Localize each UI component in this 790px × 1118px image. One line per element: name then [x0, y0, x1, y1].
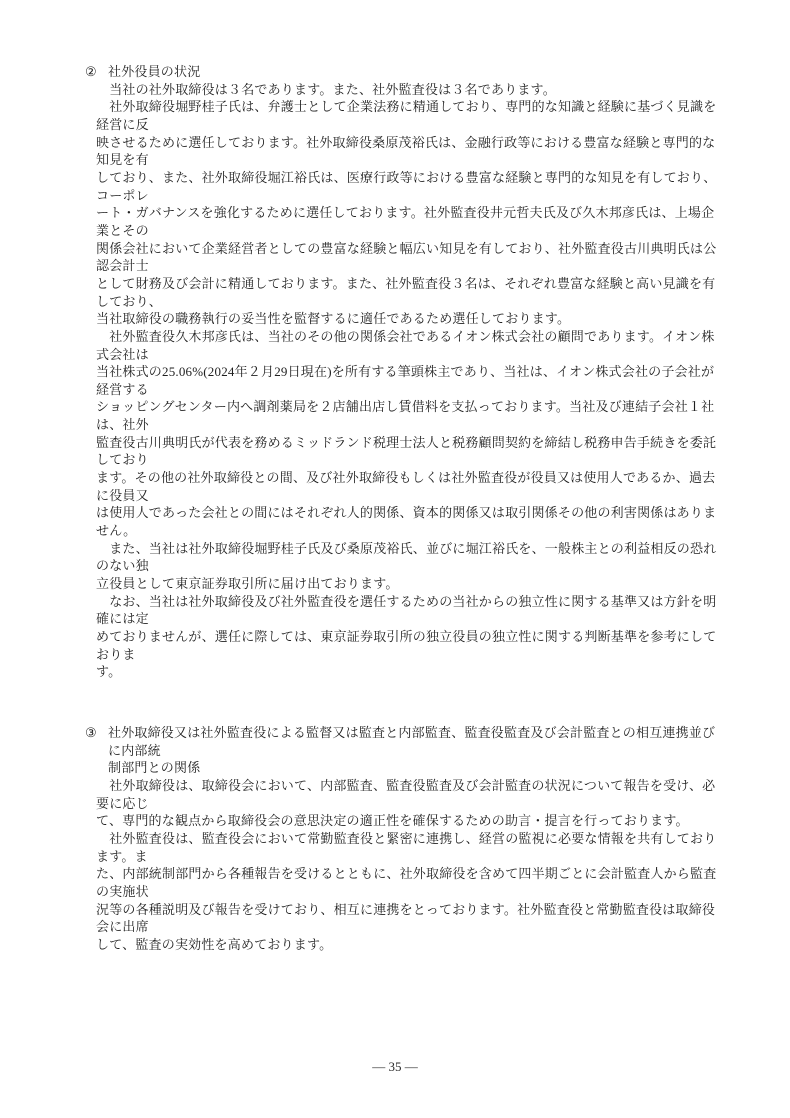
section-heading-text: 社外役員の状況 — [108, 63, 722, 81]
section-audit-cooperation: ③ 社外取締役又は社外監査役による監督又は監査と内部監査、監査役監査及び会計監査… — [96, 724, 722, 954]
document-content: ② 社外役員の状況 当社の社外取締役は３名であります。また、社外監査役は３名であ… — [96, 63, 722, 954]
section-body-text: 社外取締役は、取締役会において、内部監査、監査役監査及び会計監査の状況について報… — [96, 777, 722, 954]
section-heading: ② 社外役員の状況 — [85, 63, 722, 81]
section-heading: ③ 社外取締役又は社外監査役による監督又は監査と内部監査、監査役監査及び会計監査… — [85, 724, 722, 777]
section-body-text: 当社の社外取締役は３名であります。また、社外監査役は３名であります。 社外取締役… — [96, 81, 722, 681]
document-page: ② 社外役員の状況 当社の社外取締役は３名であります。また、社外監査役は３名であ… — [0, 0, 790, 1118]
section-marker-circled-3: ③ — [85, 724, 108, 777]
section-marker-circled-2: ② — [85, 63, 108, 81]
section-outside-officers-status: ② 社外役員の状況 当社の社外取締役は３名であります。また、社外監査役は３名であ… — [96, 63, 722, 681]
page-number: ― 35 ― — [0, 1058, 790, 1076]
section-heading-text: 社外取締役又は社外監査役による監督又は監査と内部監査、監査役監査及び会計監査との… — [108, 724, 722, 777]
